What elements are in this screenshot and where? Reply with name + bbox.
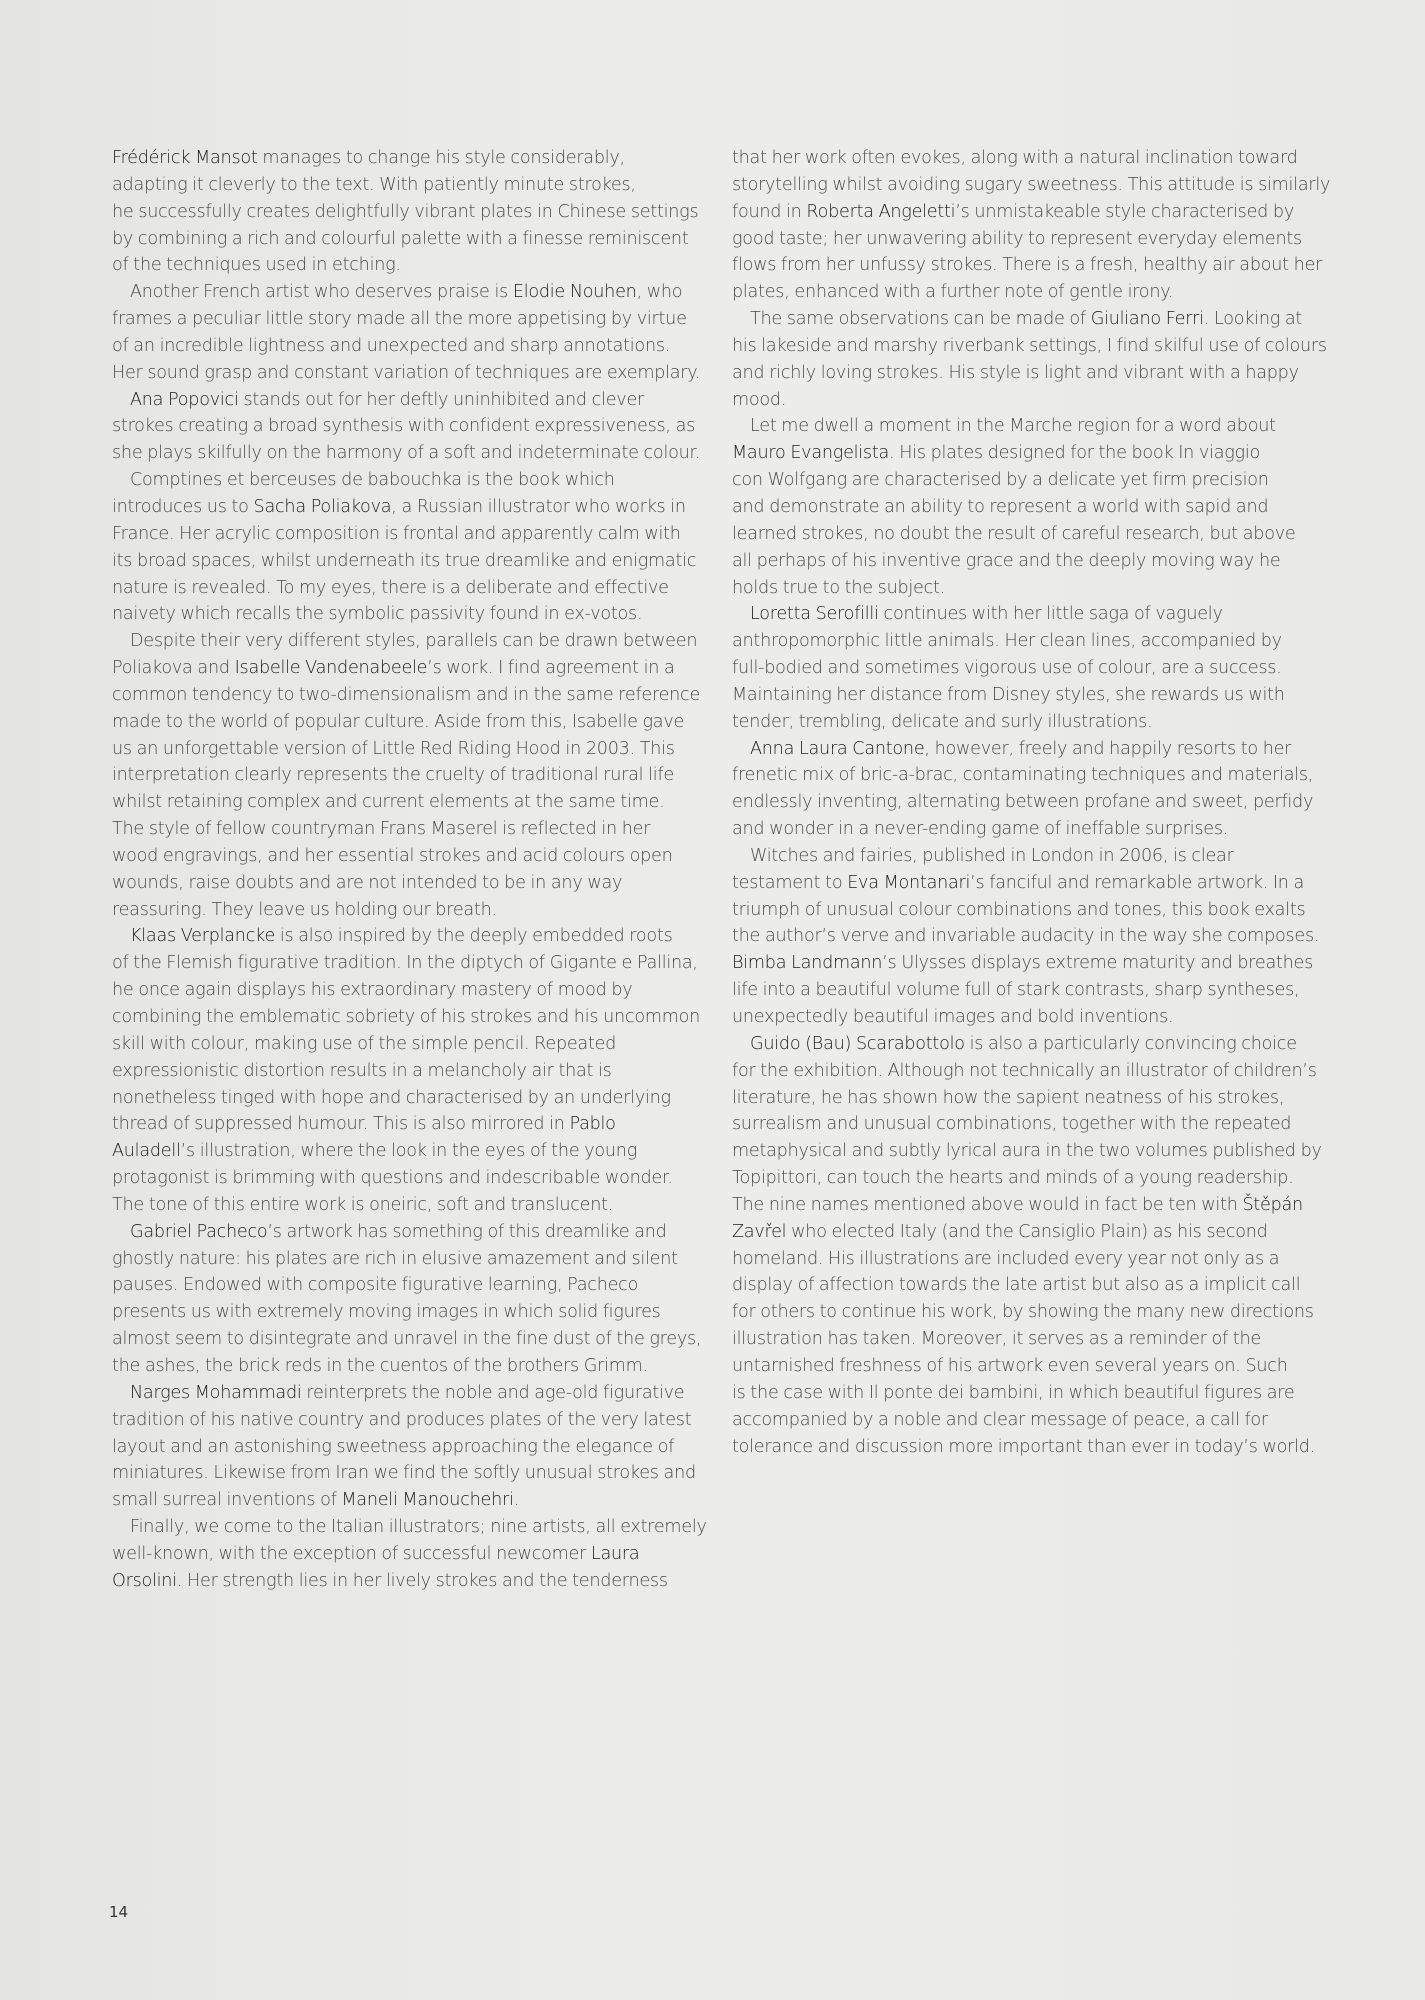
body-text: manages to change his style considerably… <box>258 148 625 168</box>
body-text: plates, enhanced with a further note of … <box>732 282 1173 302</box>
body-text: frames a peculiar little story made all … <box>112 309 687 329</box>
text-line: miniatures. Likewise from Iran we find t… <box>112 1460 702 1487</box>
text-line: ghostly nature: his plates are rich in e… <box>112 1246 702 1273</box>
body-text: wounds, raise doubts and are not intende… <box>112 873 622 893</box>
text-line: Narges Mohammadi reinterprets the noble … <box>112 1380 702 1407</box>
text-line: Loretta Serofilli continues with her lit… <box>732 601 1328 628</box>
body-text: made to the world of popular culture. As… <box>112 712 684 732</box>
text-line: metaphysical and subtly lyrical aura in … <box>732 1138 1328 1165</box>
body-text: adapting it cleverly to the text. With p… <box>112 175 636 195</box>
body-text: life into a beautiful volume full of sta… <box>732 980 1299 1000</box>
artist-name: Loretta Serofilli <box>750 604 879 624</box>
text-line: mood. <box>732 387 1328 414</box>
text-line: he once again displays his extraordinary… <box>112 977 702 1004</box>
text-line: frenetic mix of bric-a-brac, contaminati… <box>732 762 1328 789</box>
text-line: introduces us to Sacha Poliakova, a Russ… <box>112 494 702 521</box>
text-line: accompanied by a noble and clear message… <box>732 1407 1328 1434</box>
text-line: whilst retaining complex and current ele… <box>112 789 702 816</box>
body-text: and demonstrate an ability to represent … <box>732 497 1268 517</box>
body-text: . Looking at <box>1204 309 1302 329</box>
text-line: well-known, with the exception of succes… <box>112 1541 702 1568</box>
text-line: of the techniques used in etching. <box>112 252 702 279</box>
text-line: untarnished freshness of his artwork eve… <box>732 1353 1328 1380</box>
text-line: Despite their very different styles, par… <box>112 628 702 655</box>
body-text: common tendency to two-dimensionalism an… <box>112 685 700 705</box>
body-text: triumph of unusual colour combinations a… <box>732 900 1305 920</box>
text-line: life into a beautiful volume full of sta… <box>732 977 1328 1004</box>
body-text: Let me dwell a moment in the Marche regi… <box>750 416 1276 436</box>
artist-name: Eva Montanari <box>847 873 970 893</box>
body-text: metaphysical and subtly lyrical aura in … <box>732 1141 1322 1161</box>
text-line: storytelling whilst avoiding sugary swee… <box>732 172 1328 199</box>
text-line: holds true to the subject. <box>732 575 1328 602</box>
artist-name: Anna Laura Cantone <box>750 739 924 759</box>
text-line: flows from her unfussy strokes. There is… <box>732 252 1328 279</box>
body-text: good taste; her unwavering ability to re… <box>732 229 1302 249</box>
text-line: his lakeside and marshy riverbank settin… <box>732 333 1328 360</box>
body-text: presents us with extremely moving images… <box>112 1302 661 1322</box>
body-text: learned strokes, no doubt the result of … <box>732 524 1295 544</box>
body-text: nature is revealed. To my eyes, there is… <box>112 578 669 598</box>
body-text: Witches and fairies, published in London… <box>750 846 1234 866</box>
body-text: strokes creating a broad synthesis with … <box>112 416 695 436</box>
body-text: is also inspired by the deeply embedded … <box>275 926 672 946</box>
body-text: found in <box>732 202 806 222</box>
body-text: untarnished freshness of his artwork eve… <box>732 1356 1288 1376</box>
body-text: Comptines et berceuses de babouchka is t… <box>130 470 615 490</box>
text-line: good taste; her unwavering ability to re… <box>732 226 1328 253</box>
body-text: flows from her unfussy strokes. There is… <box>732 255 1322 275</box>
artist-name: Maneli Manouchehri <box>341 1490 513 1510</box>
text-line: pauses. Endowed with composite figurativ… <box>112 1272 702 1299</box>
body-text: by combining a rich and colourful palett… <box>112 229 688 249</box>
text-line: Klaas Verplancke is also inspired by the… <box>112 923 702 950</box>
text-column-left: Frédérick Mansot manages to change his s… <box>112 145 702 1595</box>
text-line: plates, enhanced with a further note of … <box>732 279 1328 306</box>
body-text: con Wolfgang are characterised by a deli… <box>732 470 1269 490</box>
artist-name: Štěpán <box>1242 1195 1303 1215</box>
text-line: The tone of this entire work is oneiric,… <box>112 1192 702 1219</box>
text-line: frames a peculiar little story made all … <box>112 306 702 333</box>
text-line: nonetheless tinged with hope and charact… <box>112 1085 702 1112</box>
text-line: almost seem to disintegrate and unravel … <box>112 1326 702 1353</box>
body-text: display of affection towards the late ar… <box>732 1275 1300 1295</box>
body-text: protagonist is brimming with questions a… <box>112 1168 673 1188</box>
text-line: thread of suppressed humour. This is als… <box>112 1111 702 1138</box>
text-line: found in Roberta Angeletti’s unmistakeab… <box>732 199 1328 226</box>
text-line: nature is revealed. To my eyes, there is… <box>112 575 702 602</box>
body-text: all perhaps of his inventive grace and t… <box>732 551 1280 571</box>
text-line: Her sound grasp and constant variation o… <box>112 360 702 387</box>
text-line: the author’s verve and invariable audaci… <box>732 923 1328 950</box>
body-text: whilst retaining complex and current ele… <box>112 792 664 812</box>
text-line: Bimba Landmann’s Ulysses displays extrem… <box>732 950 1328 977</box>
body-text: expressionistic distortion results in a … <box>112 1061 612 1081</box>
text-line: anthropomorphic little animals. Her clea… <box>732 628 1328 655</box>
artist-name: Roberta Angeletti <box>806 202 955 222</box>
body-text: . His plates designed for the book In vi… <box>889 443 1260 463</box>
body-text: holds true to the subject. <box>732 578 945 598</box>
body-text: the author’s verve and invariable audaci… <box>732 926 1319 946</box>
text-line: combining the emblematic sobriety of his… <box>112 1004 702 1031</box>
body-text: mood. <box>732 390 786 410</box>
text-line: layout and an astonishing sweetness appr… <box>112 1434 702 1461</box>
body-text: interpretation clearly represents the cr… <box>112 765 674 785</box>
body-text: ’s work. I find agreement in a <box>427 658 674 678</box>
text-line: naivety which recalls the symbolic passi… <box>112 601 702 628</box>
body-text: frenetic mix of bric-a-brac, contaminati… <box>732 765 1313 785</box>
text-line: learned strokes, no doubt the result of … <box>732 521 1328 548</box>
body-text: well-known, with the exception of succes… <box>112 1544 591 1564</box>
body-text: . <box>514 1490 519 1510</box>
text-line: illustration has taken. Moreover, it ser… <box>732 1326 1328 1353</box>
text-line: Mauro Evangelista. His plates designed f… <box>732 440 1328 467</box>
body-text: is the case with Il ponte dei bambini, i… <box>732 1383 1294 1403</box>
text-line: strokes creating a broad synthesis with … <box>112 413 702 440</box>
body-text: The nine names mentioned above would in … <box>732 1195 1242 1215</box>
text-line: con Wolfgang are characterised by a deli… <box>732 467 1328 494</box>
body-text: ’s illustration, where the look in the e… <box>181 1141 637 1161</box>
body-text: ’s unmistakeable style characterised by <box>955 202 1294 222</box>
artist-name: Sacha Poliakova <box>254 497 392 517</box>
body-text: storytelling whilst avoiding sugary swee… <box>732 175 1330 195</box>
body-text: stands out for her deftly uninhibited an… <box>239 390 644 410</box>
text-line: Frédérick Mansot manages to change his s… <box>112 145 702 172</box>
body-text: tradition of his native country and prod… <box>112 1410 691 1430</box>
text-line: Another French artist who deserves prais… <box>112 279 702 306</box>
body-text: unexpectedly beautiful images and bold i… <box>732 1007 1173 1027</box>
text-line: surrealism and unusual combinations, tog… <box>732 1111 1328 1138</box>
body-text: The style of fellow countryman Frans Mas… <box>112 819 650 839</box>
body-text: who elected Italy (and the Cansiglio Pla… <box>786 1222 1267 1242</box>
text-line: full-bodied and sometimes vigorous use o… <box>732 655 1328 682</box>
body-text: for the exhibition. Although not technic… <box>732 1061 1317 1081</box>
body-text: literature, he has shown how the sapient… <box>732 1088 1284 1108</box>
text-line: adapting it cleverly to the text. With p… <box>112 172 702 199</box>
body-text: The tone of this entire work is oneiric,… <box>112 1195 613 1215</box>
body-text: is also a particularly convincing choice <box>965 1034 1297 1054</box>
text-line: Finally, we come to the Italian illustra… <box>112 1514 702 1541</box>
text-line: tender, trembling, delicate and surly il… <box>732 709 1328 736</box>
body-text: naivety which recalls the symbolic passi… <box>112 604 642 624</box>
text-line: Witches and fairies, published in London… <box>732 843 1328 870</box>
text-line: that her work often evokes, along with a… <box>732 145 1328 172</box>
body-text: full-bodied and sometimes vigorous use o… <box>732 658 1282 678</box>
text-line: its broad spaces, whilst underneath its … <box>112 548 702 575</box>
text-line: by combining a rich and colourful palett… <box>112 226 702 253</box>
text-line: unexpectedly beautiful images and bold i… <box>732 1004 1328 1031</box>
body-text: homeland. His illustrations are included… <box>732 1249 1279 1269</box>
body-text: ’s artwork has something of this dreamli… <box>267 1222 666 1242</box>
text-line: of the Flemish figurative tradition. In … <box>112 950 702 977</box>
body-text: miniatures. Likewise from Iran we find t… <box>112 1463 696 1483</box>
text-line: protagonist is brimming with questions a… <box>112 1165 702 1192</box>
artist-name: Bimba Landmann <box>732 953 882 973</box>
body-text: thread of suppressed humour. This is als… <box>112 1114 570 1134</box>
body-text: , who <box>637 282 683 302</box>
body-text: of an incredible lightness and unexpecte… <box>112 336 670 356</box>
body-text: Her sound grasp and constant variation o… <box>112 363 700 383</box>
text-line: for the exhibition. Although not technic… <box>732 1058 1328 1085</box>
text-line: and wonder in a never-ending game of ine… <box>732 816 1328 843</box>
text-line: she plays skilfully on the harmony of a … <box>112 440 702 467</box>
artist-name: Laura <box>591 1544 640 1564</box>
text-line: Topipittori, can touch the hearts and mi… <box>732 1165 1328 1192</box>
text-line: wounds, raise doubts and are not intende… <box>112 870 702 897</box>
text-line: The style of fellow countryman Frans Mas… <box>112 816 702 843</box>
body-text: for others to continue his work, by show… <box>732 1302 1314 1322</box>
body-text: and richly loving strokes. His style is … <box>732 363 1299 383</box>
text-line: and demonstrate an ability to represent … <box>732 494 1328 521</box>
text-line: The same observations can be made of Giu… <box>732 306 1328 333</box>
body-text: illustration has taken. Moreover, it ser… <box>732 1329 1261 1349</box>
text-line: France. Her acrylic composition is front… <box>112 521 702 548</box>
text-line: The nine names mentioned above would in … <box>732 1192 1328 1219</box>
text-line: Auladell’s illustration, where the look … <box>112 1138 702 1165</box>
body-text: small surreal inventions of <box>112 1490 341 1510</box>
book-page: Frédérick Mansot manages to change his s… <box>0 0 1425 2000</box>
text-line: tradition of his native country and prod… <box>112 1407 702 1434</box>
body-text: he successfully creates delightfully vib… <box>112 202 698 222</box>
body-text: introduces us to <box>112 497 254 517</box>
text-line: endlessly inventing, alternating between… <box>732 789 1328 816</box>
text-line: Comptines et berceuses de babouchka is t… <box>112 467 702 494</box>
body-text: tolerance and discussion more important … <box>732 1437 1315 1457</box>
body-text: of the techniques used in etching. <box>112 255 401 275</box>
artist-name: Pablo <box>570 1114 616 1134</box>
body-text: Another French artist who deserves prais… <box>130 282 513 302</box>
body-text: pauses. Endowed with composite figurativ… <box>112 1275 638 1295</box>
body-text: and wonder in a never-ending game of ine… <box>732 819 1228 839</box>
text-line: interpretation clearly represents the cr… <box>112 762 702 789</box>
body-text: the ashes, the brick reds in the cuentos… <box>112 1356 648 1376</box>
text-line: wood engravings, and her essential strok… <box>112 843 702 870</box>
artist-name: Klaas Verplancke <box>130 926 275 946</box>
body-text: The same observations can be made of <box>750 309 1091 329</box>
text-column-right: that her work often evokes, along with a… <box>732 145 1328 1460</box>
body-text: Despite their very different styles, par… <box>130 631 697 651</box>
artist-name: Isabelle Vandenabeele <box>235 658 428 678</box>
body-text: endlessly inventing, alternating between… <box>732 792 1313 812</box>
text-line: Poliakova and Isabelle Vandenabeele’s wo… <box>112 655 702 682</box>
text-line: expressionistic distortion results in a … <box>112 1058 702 1085</box>
text-line: display of affection towards the late ar… <box>732 1272 1328 1299</box>
text-line: he successfully creates delightfully vib… <box>112 199 702 226</box>
artist-name: Gabriel Pacheco <box>130 1222 267 1242</box>
body-text: nonetheless tinged with hope and charact… <box>112 1088 671 1108</box>
text-line: Gabriel Pacheco’s artwork has something … <box>112 1219 702 1246</box>
body-text: ’s fanciful and remarkable artwork. In a <box>970 873 1304 893</box>
body-text: combining the emblematic sobriety of his… <box>112 1007 700 1027</box>
artist-name: Narges Mohammadi <box>130 1383 302 1403</box>
text-line: Let me dwell a moment in the Marche regi… <box>732 413 1328 440</box>
text-line: made to the world of popular culture. As… <box>112 709 702 736</box>
text-line: Zavřel who elected Italy (and the Cansig… <box>732 1219 1328 1246</box>
body-text: , a Russian illustrator who works in <box>391 497 686 517</box>
artist-name: Frédérick Mansot <box>112 148 258 168</box>
body-text: . Her strength lies in her lively stroke… <box>177 1571 668 1591</box>
text-line: triumph of unusual colour combinations a… <box>732 897 1328 924</box>
body-text: accompanied by a noble and clear message… <box>732 1410 1268 1430</box>
body-text: surrealism and unusual combinations, tog… <box>732 1114 1291 1134</box>
text-line: the ashes, the brick reds in the cuentos… <box>112 1353 702 1380</box>
text-line: small surreal inventions of Maneli Manou… <box>112 1487 702 1514</box>
body-text: wood engravings, and her essential strok… <box>112 846 673 866</box>
body-text: of the Flemish figurative tradition. In … <box>112 953 698 973</box>
text-line: of an incredible lightness and unexpecte… <box>112 333 702 360</box>
body-text: Maintaining her distance from Disney sty… <box>732 685 1285 705</box>
artist-name: Mauro Evangelista <box>732 443 889 463</box>
body-text: , however, freely and happily resorts to… <box>924 739 1291 759</box>
text-line: Guido (Bau) Scarabottolo is also a parti… <box>732 1031 1328 1058</box>
artist-name: Ana Popovici <box>130 390 239 410</box>
body-text: she plays skilfully on the harmony of a … <box>112 443 700 463</box>
text-line: Anna Laura Cantone, however, freely and … <box>732 736 1328 763</box>
page-number: 14 <box>109 1903 128 1921</box>
body-text: Topipittori, can touch the hearts and mi… <box>732 1168 1294 1188</box>
text-line: literature, he has shown how the sapient… <box>732 1085 1328 1112</box>
body-text: testament to <box>732 873 847 893</box>
body-text: continues with her little saga of vaguel… <box>879 604 1223 624</box>
body-text: he once again displays his extraordinary… <box>112 980 632 1000</box>
body-text: ’s Ulysses displays extreme maturity and… <box>882 953 1313 973</box>
body-text: France. Her acrylic composition is front… <box>112 524 681 544</box>
artist-name: Guido (Bau) Scarabottolo <box>750 1034 965 1054</box>
artist-name: Auladell <box>112 1141 181 1161</box>
body-text: anthropomorphic little animals. Her clea… <box>732 631 1282 651</box>
text-line: testament to Eva Montanari’s fanciful an… <box>732 870 1328 897</box>
body-text: us an unforgettable version of Little Re… <box>112 739 675 759</box>
text-line: skill with colour, making use of the sim… <box>112 1031 702 1058</box>
artist-name: Elodie Nouhen <box>513 282 637 302</box>
text-line: Orsolini. Her strength lies in her livel… <box>112 1568 702 1595</box>
text-line: homeland. His illustrations are included… <box>732 1246 1328 1273</box>
text-line: us an unforgettable version of Little Re… <box>112 736 702 763</box>
body-text: that her work often evokes, along with a… <box>732 148 1298 168</box>
body-text: reassuring. They leave us holding our br… <box>112 900 497 920</box>
body-text: almost seem to disintegrate and unravel … <box>112 1329 701 1349</box>
text-line: for others to continue his work, by show… <box>732 1299 1328 1326</box>
body-text: ghostly nature: his plates are rich in e… <box>112 1249 678 1269</box>
text-line: Ana Popovici stands out for her deftly u… <box>112 387 702 414</box>
text-line: all perhaps of his inventive grace and t… <box>732 548 1328 575</box>
body-text: reinterprets the noble and age-old figur… <box>302 1383 685 1403</box>
text-line: Maintaining her distance from Disney sty… <box>732 682 1328 709</box>
body-text: skill with colour, making use of the sim… <box>112 1034 616 1054</box>
text-line: and richly loving strokes. His style is … <box>732 360 1328 387</box>
artist-name: Giuliano Ferri <box>1091 309 1204 329</box>
text-line: reassuring. They leave us holding our br… <box>112 897 702 924</box>
body-text: tender, trembling, delicate and surly il… <box>732 712 1152 732</box>
text-line: presents us with extremely moving images… <box>112 1299 702 1326</box>
text-line: common tendency to two-dimensionalism an… <box>112 682 702 709</box>
body-text: Finally, we come to the Italian illustra… <box>130 1517 707 1537</box>
body-text: its broad spaces, whilst underneath its … <box>112 551 696 571</box>
artist-name: Orsolini <box>112 1571 177 1591</box>
body-text: his lakeside and marshy riverbank settin… <box>732 336 1327 356</box>
text-line: tolerance and discussion more important … <box>732 1434 1328 1461</box>
body-text: layout and an astonishing sweetness appr… <box>112 1437 674 1457</box>
artist-name: Zavřel <box>732 1222 786 1242</box>
text-line: is the case with Il ponte dei bambini, i… <box>732 1380 1328 1407</box>
body-text: Poliakova and <box>112 658 235 678</box>
